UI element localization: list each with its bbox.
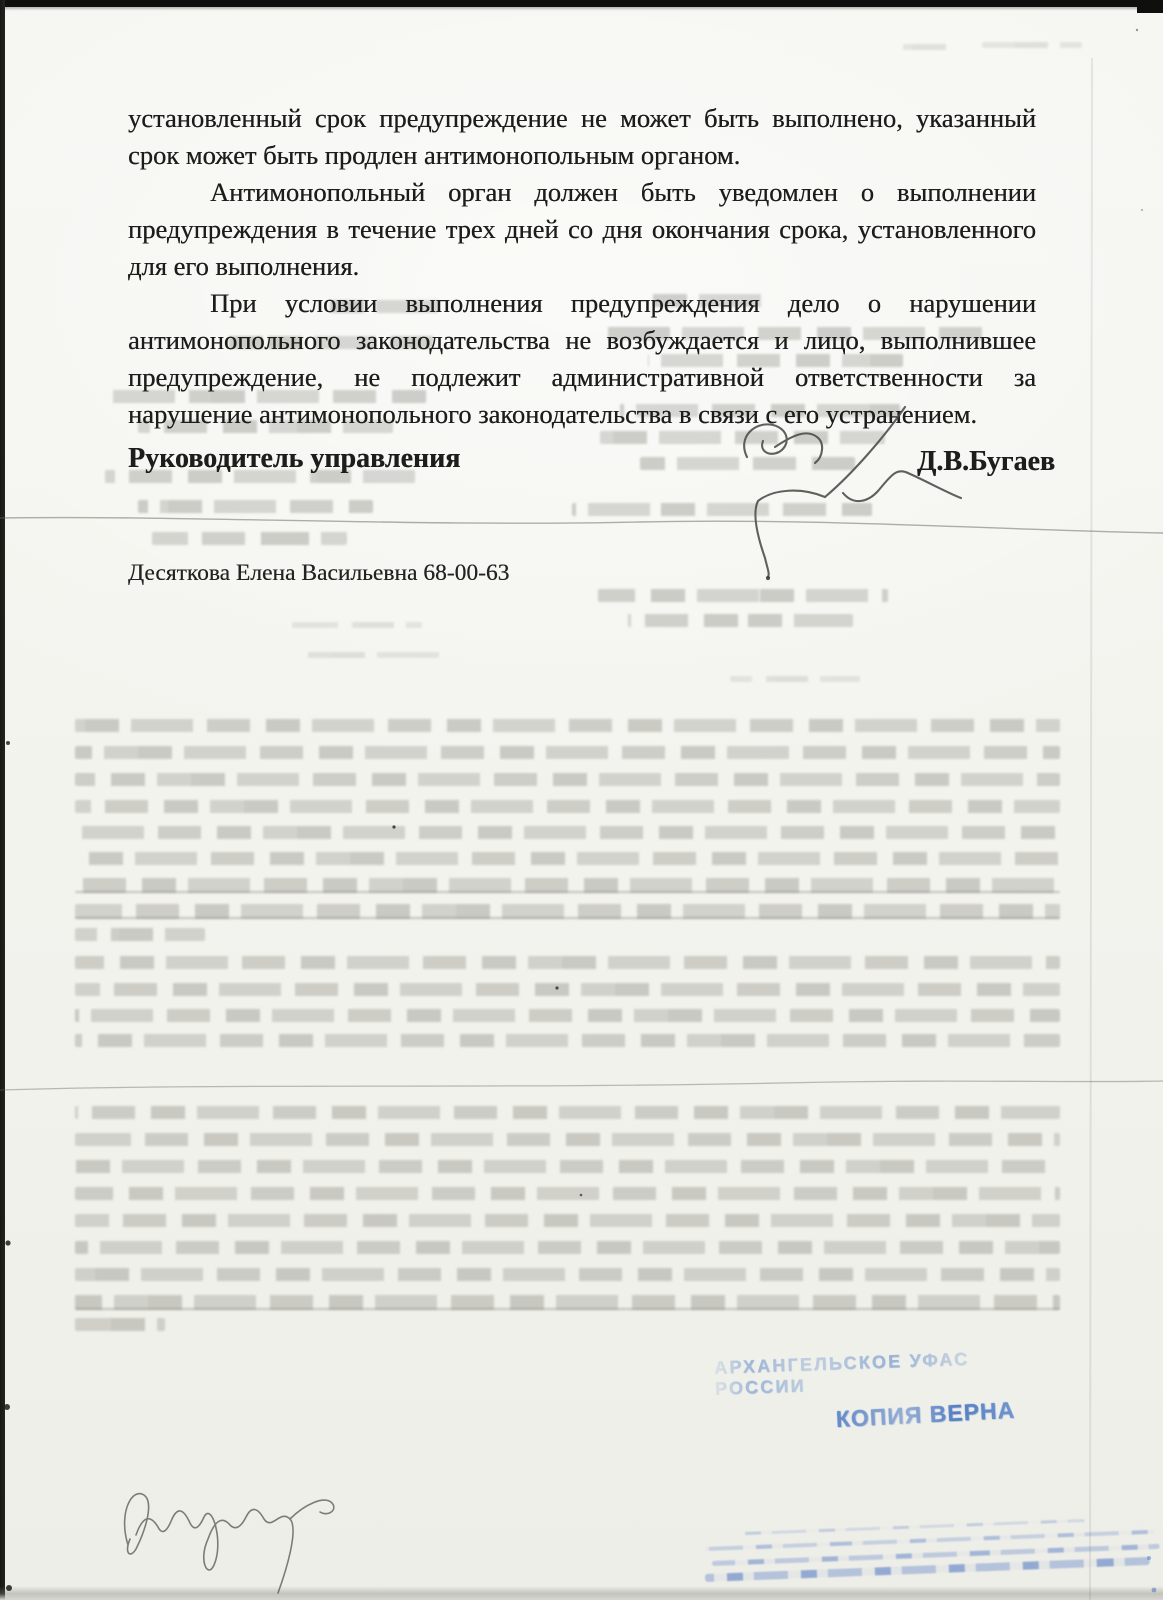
- bleed-through-line: [75, 904, 1060, 919]
- scanner-edge-left: [0, 0, 5, 1600]
- bleed-through-line: [138, 500, 373, 513]
- paragraph-1: установленный срок предупреждение не мож…: [128, 100, 1036, 174]
- bleed-through-line: [572, 503, 872, 516]
- bleed-through-line: [898, 44, 953, 50]
- bleed-through-line: [598, 589, 888, 602]
- bleed-through-line: [75, 1214, 1060, 1227]
- bleed-through-line: [75, 746, 1060, 759]
- copy-stamp: АРХАНГЕЛЬСКОЕ УФАС РОССИИ КОПИЯ ВЕРНА: [714, 1346, 1037, 1435]
- signer-title: Руководитель управления: [128, 443, 460, 475]
- bleed-through-line: [75, 719, 1060, 732]
- bleed-through-line: [75, 1318, 165, 1331]
- paragraph-3: При условии выполнения предупреждения де…: [128, 285, 1036, 433]
- bleed-through-line: [75, 1034, 1060, 1047]
- bleed-through-line: [75, 826, 1060, 839]
- bleed-through-line: [628, 614, 853, 627]
- scanned-document-page: установленный срок предупреждение не мож…: [0, 0, 1163, 1600]
- paper-bottom-edge: [0, 1586, 1163, 1600]
- scanner-edge-top-right: [1137, 0, 1163, 13]
- bleed-through-line: [300, 652, 445, 658]
- stamp-copy-line: КОПИЯ ВЕРНА: [835, 1396, 1036, 1433]
- paragraph-2: Антимонопольный орган должен быть уведом…: [128, 174, 1036, 285]
- bleed-through-line: [75, 773, 1060, 786]
- bleed-through-line: [75, 983, 1060, 996]
- letter-body: установленный срок предупреждение не мож…: [128, 100, 1036, 433]
- contact-person: Десяткова Елена Васильевна 68-00-63: [128, 560, 509, 587]
- scanner-edge-top: [0, 0, 1163, 7]
- bleed-through-line: [75, 1106, 1060, 1119]
- bleed-through-line: [75, 1241, 1060, 1254]
- bleed-through-line: [75, 1133, 1060, 1146]
- bleed-through-line: [75, 878, 1060, 893]
- signer-name: Д.В.Бугаев: [917, 446, 1055, 478]
- bleed-through-line: [75, 1009, 1060, 1022]
- blue-ink-streak: [745, 1519, 1085, 1535]
- bleed-through-line: [152, 532, 347, 545]
- bleed-through-line: [982, 42, 1082, 48]
- bleed-through-line: [75, 956, 1060, 969]
- signature-secondary: [100, 1455, 360, 1600]
- stamp-org-line: АРХАНГЕЛЬСКОЕ УФАС РОССИИ: [714, 1346, 1035, 1399]
- bleed-through-line: [75, 1295, 1060, 1310]
- bleed-through-line: [75, 1268, 1060, 1281]
- bleed-through-line: [292, 622, 422, 628]
- bleed-through-line: [75, 1160, 1060, 1173]
- bleed-through-line: [730, 676, 860, 682]
- bleed-through-line: [640, 457, 855, 470]
- bleed-through-line: [75, 928, 205, 941]
- bleed-through-line: [75, 1187, 1060, 1200]
- bleed-through-line: [75, 852, 1060, 865]
- bleed-through-line: [75, 800, 1060, 813]
